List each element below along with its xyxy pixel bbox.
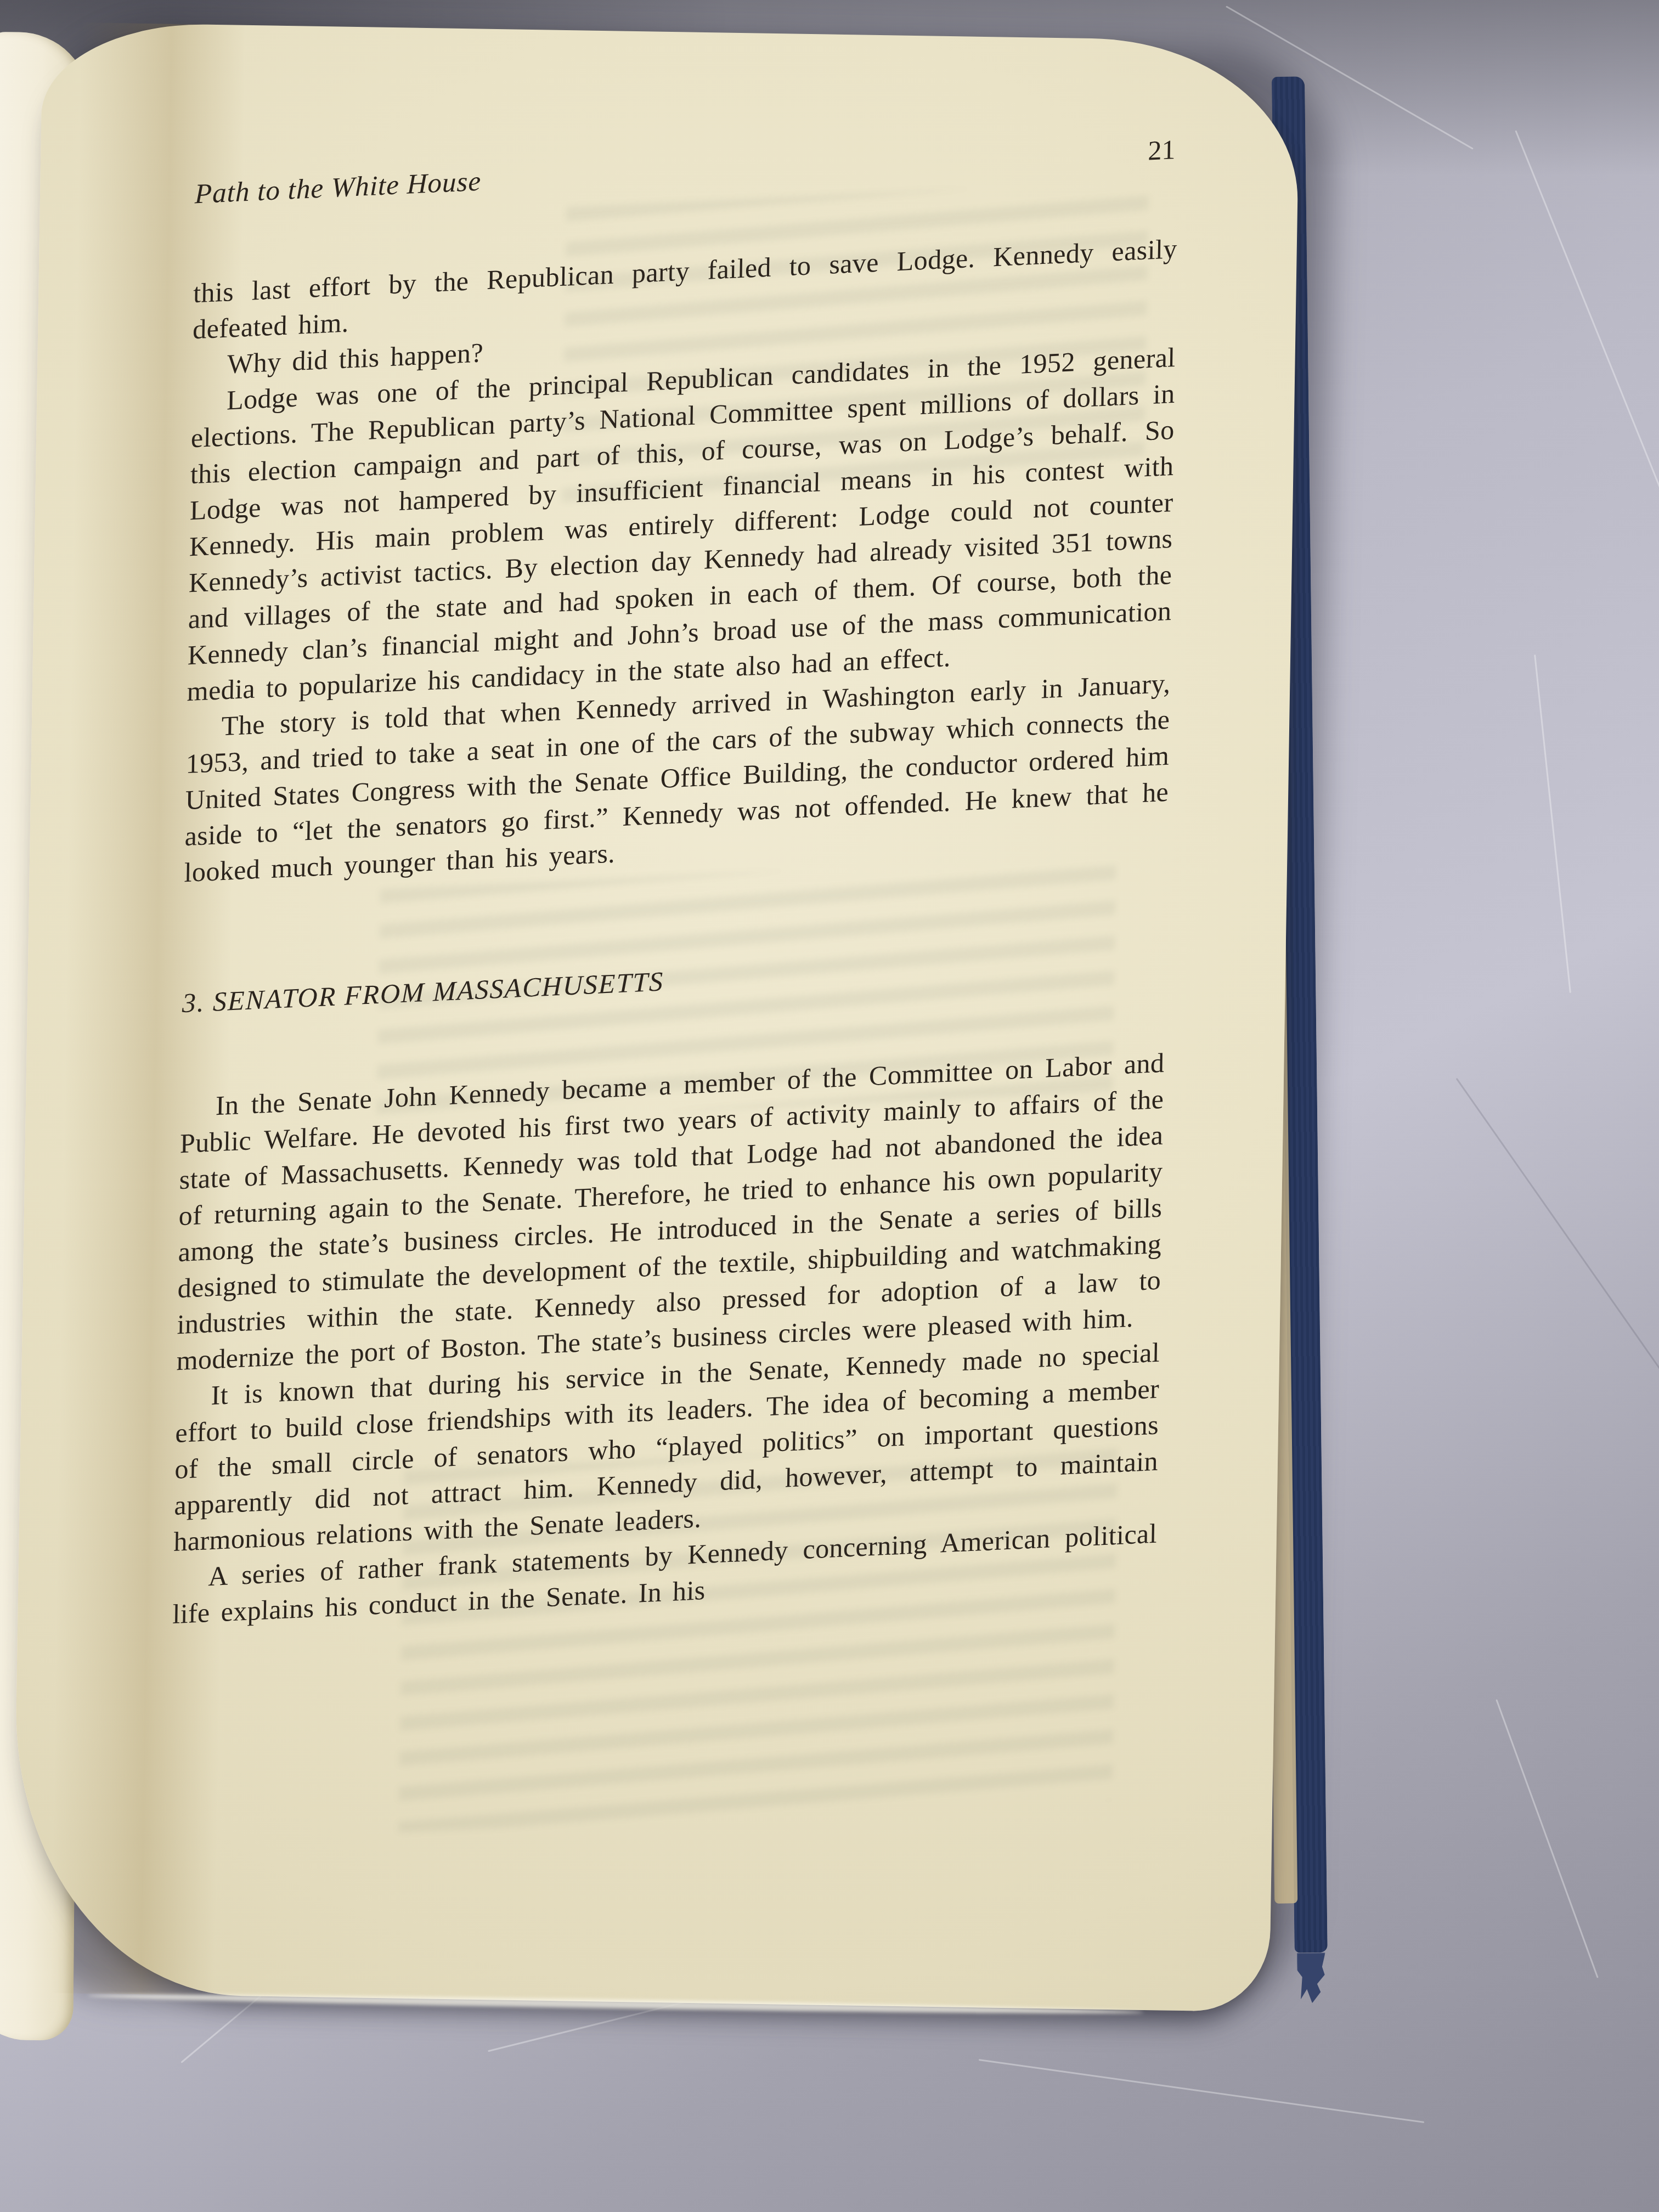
paragraph: Lodge was one of the principal Republica… <box>187 339 1176 709</box>
photo-background: Path to the White House 21 this last eff… <box>0 0 1659 2212</box>
page-number: 21 <box>1148 133 1176 166</box>
background-scratch <box>1534 654 1571 993</box>
running-header: Path to the White House 21 <box>195 133 1176 210</box>
page-content: Path to the White House 21 this last eff… <box>172 133 1179 1632</box>
paragraph: In the Senate John Kennedy became a memb… <box>176 1045 1165 1379</box>
book-page: Path to the White House 21 this last eff… <box>12 22 1300 2012</box>
section-heading: 3. SENATOR FROM MASSACHUSETTS <box>182 943 1166 1019</box>
background-scratch <box>1496 1699 1599 1978</box>
background-scratch <box>1515 130 1659 639</box>
background-scratch <box>979 2059 1424 2123</box>
background-scratch <box>1456 1078 1659 1447</box>
